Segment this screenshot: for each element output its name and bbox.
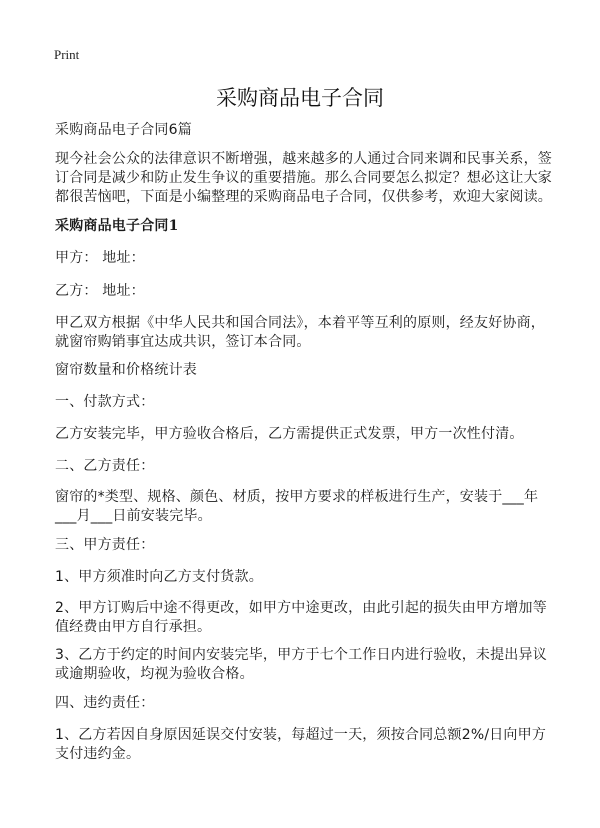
- breach-clause-1: 1、乙方若因自身原因延误交付安装，每超过一天，须按合同总额2%/日向甲方支付违约…: [55, 726, 555, 764]
- clause-heading-party-b: 二、乙方责任：: [55, 457, 555, 476]
- clause-heading-breach: 四、违约责任：: [55, 694, 555, 713]
- clause-heading-payment: 一、付款方式：: [55, 393, 555, 412]
- print-link[interactable]: Print: [54, 47, 79, 63]
- document-subtitle: 采购商品电子合同6篇: [55, 121, 555, 140]
- clause-heading-party-a: 三、甲方责任：: [55, 536, 555, 555]
- payment-paragraph: 乙方安装完毕，甲方验收合格后，乙方需提供正式发票，甲方一次性付清。: [55, 425, 555, 444]
- document-title: 采购商品电子合同: [0, 82, 600, 112]
- party-b-line: 乙方： 地址：: [55, 282, 555, 301]
- agreement-paragraph: 甲乙双方根据《中华人民共和国合同法》，本着平等互利的原则，经友好协商，就窗帘购销…: [55, 314, 555, 352]
- intro-paragraph: 现今社会公众的法律意识不断增强，越来越多的人通过合同来调和民事关系，签订合同是减…: [55, 150, 555, 207]
- party-a-line: 甲方： 地址：: [55, 249, 555, 268]
- party-a-duty-3: 3、乙方于约定的时间内安装完毕，甲方于七个工作日内进行验收，未提出异议或逾期验收…: [55, 646, 555, 684]
- party-a-duty-2: 2、甲方订购后中途不得更改，如甲方中途更改，由此引起的损失由甲方增加等值经费由甲…: [55, 599, 555, 637]
- section-heading: 采购商品电子合同1: [55, 217, 555, 236]
- party-b-duty-paragraph: 窗帘的*类型、规格、颜色、材质，按甲方要求的样板进行生产，安装于___年___月…: [55, 488, 555, 526]
- party-a-duty-1: 1、甲方须准时向乙方支付货款。: [55, 568, 555, 587]
- table-caption: 窗帘数量和价格统计表: [55, 361, 555, 380]
